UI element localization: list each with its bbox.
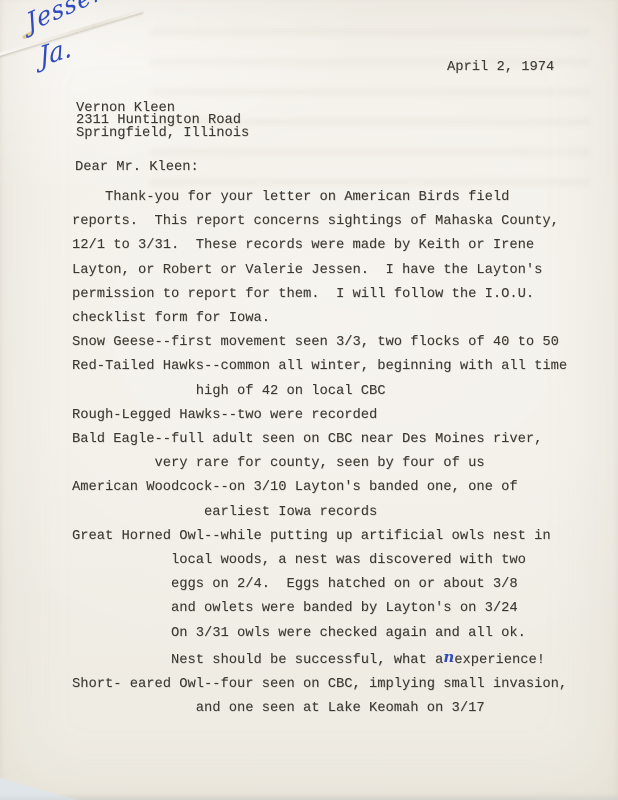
recipient-line: Springfield, Illinois	[76, 128, 249, 140]
typed-line: Rough-Legged Hawks--two were recorded	[72, 404, 567, 428]
typed-segment: experience!	[454, 653, 545, 668]
typed-line: Short- eared Owl--four seen on CBC, impl…	[72, 673, 567, 697]
letter-date: April 2, 1974	[447, 60, 554, 75]
recipient-address: Vernon Kleen2311 Huntington RoadSpringfi…	[76, 103, 249, 140]
typed-segment: Nest should be successful, what a	[72, 653, 443, 668]
typed-line: local woods, a nest was discovered with …	[72, 549, 567, 573]
show-through-texture	[150, 6, 590, 186]
typed-line: American Woodcock--on 3/10 Layton's band…	[72, 476, 567, 500]
typed-line: 12/1 to 3/31. These records were made by…	[72, 234, 567, 258]
handwritten-annotation: Jessen Ja.	[22, 0, 129, 73]
typed-line: eggs on 2/4. Eggs hatched on or about 3/…	[72, 573, 567, 597]
letter-page: Jessen Ja. April 2, 1974 Vernon Kleen231…	[0, 0, 618, 800]
typed-line: and owlets were banded by Layton's on 3/…	[72, 597, 567, 621]
salutation: Dear Mr. Kleen:	[75, 160, 199, 175]
typed-line: Nest should be successful, what anexperi…	[72, 646, 567, 673]
typed-line: Thank-you for your letter on American Bi…	[72, 186, 567, 210]
typed-line: On 3/31 owls were checked again and all …	[72, 622, 567, 646]
typed-line: very rare for county, seen by four of us	[72, 452, 567, 476]
typed-line: checklist form for Iowa.	[72, 307, 567, 331]
handwritten-insertion: n	[443, 648, 454, 666]
typed-line: high of 42 on local CBC	[72, 380, 567, 404]
typed-line: Red-Tailed Hawks--common all winter, beg…	[72, 355, 567, 379]
typed-line: Layton, or Robert or Valerie Jessen. I h…	[72, 259, 567, 283]
letter-body: Thank-you for your letter on American Bi…	[72, 186, 567, 721]
typed-line: and one seen at Lake Keomah on 3/17	[72, 697, 567, 721]
typed-line: Great Horned Owl--while putting up artif…	[72, 525, 567, 549]
typed-line: earliest Iowa records	[72, 501, 567, 525]
typed-line: Bald Eagle--full adult seen on CBC near …	[72, 428, 567, 452]
scan-bottom-edge	[0, 794, 618, 800]
typed-line: permission to report for them. I will fo…	[72, 283, 567, 307]
typed-line: Snow Geese--first movement seen 3/3, two…	[72, 331, 567, 355]
typed-line: reports. This report concerns sightings …	[72, 210, 567, 234]
